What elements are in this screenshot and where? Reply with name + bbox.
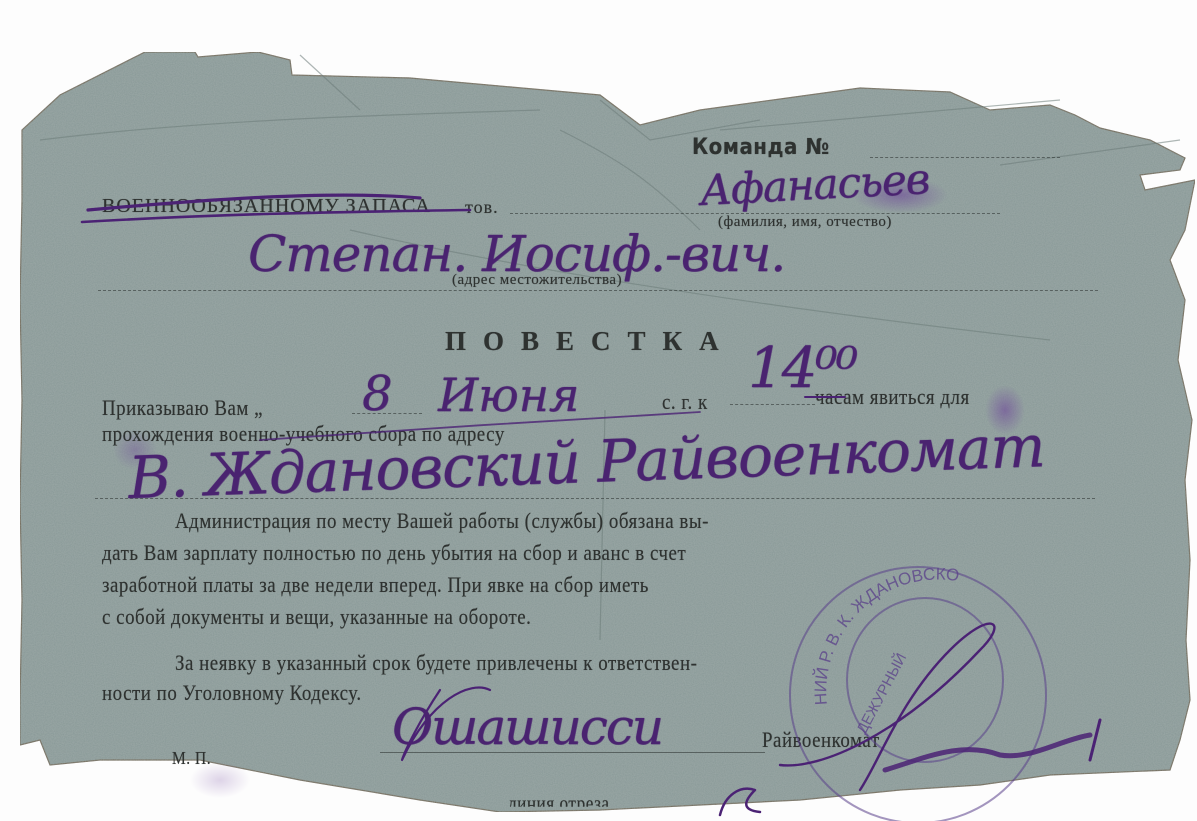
handwritten-address: Степан. Иосиф.-вич.: [248, 225, 785, 283]
handwritten-entries: Афанасьев Степан. Иосиф.-вич. 8 Июня 14⁰…: [0, 0, 1197, 821]
handwritten-time: 14⁰⁰: [748, 336, 856, 401]
scanned-document: Команда № ВОЕННООБЯЗАННОМУ ЗАПАСА тов. (…: [0, 0, 1197, 821]
handwritten-signature: Ошашисси: [392, 698, 662, 756]
handwritten-destination: В. Ждановский Райвоенкомат: [127, 412, 1045, 512]
handwritten-day: 8: [362, 366, 393, 422]
handwritten-month: Июня: [438, 368, 579, 422]
handwritten-surname: Афанасьев: [699, 154, 930, 215]
